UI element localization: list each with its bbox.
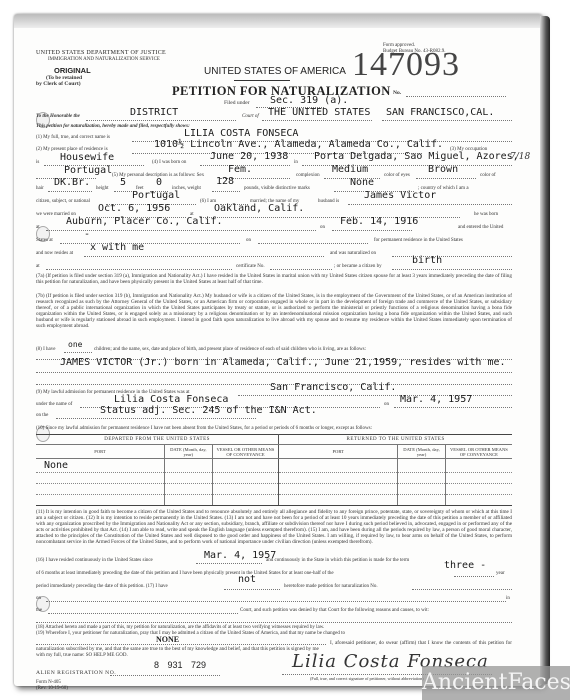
table-row [36, 495, 512, 506]
court-location: SAN FRANCISCO,CAL. [386, 107, 494, 118]
paragraph-18: (18) Attached hereto and made a part of … [36, 625, 324, 630]
children-label: (8) I have [36, 347, 55, 352]
certificate-label: certificate No. [236, 264, 265, 269]
is-label: is [36, 160, 39, 165]
admission-date-value: Mar. 4, 1957 [400, 394, 472, 405]
on-label: on [384, 402, 389, 407]
citizen-label: citizen, subject, or national [36, 199, 90, 204]
hair-label: hair [36, 186, 44, 191]
full-name-value: LILIA COSTA FONSECA [184, 128, 298, 139]
filed-under-section: Sec. 319 (a). [270, 95, 348, 106]
court-denied-label: Court, and such petition was denied by t… [240, 608, 429, 613]
state-term-label: and continuously in the State in which t… [266, 558, 409, 563]
paragraph-19: (19) Wherefore I, your petitioner for na… [36, 631, 345, 636]
returned-header: RETURNED TO THE UNITED STATES [279, 435, 512, 445]
spouse-entered-at-value: - [84, 229, 90, 240]
q1-label: (1) My full, true, and correct name is [36, 135, 110, 140]
spouse-born-label: he was born [474, 212, 498, 217]
child-1-entry: JAMES VICTOR (Jr.) born in Alameda, Cali… [60, 357, 506, 368]
absence-table: DEPARTED FROM THE UNITED STATES RETURNED… [36, 434, 512, 506]
number-label: No. [393, 90, 401, 96]
oath-closing: with my full, true name: SO HELP ME GOD. [36, 653, 128, 658]
eyes-label: color of eyes [384, 173, 410, 178]
height-inches-value: 0 [156, 177, 162, 188]
prior-petition-value: not [238, 574, 256, 585]
naturalization-petition-document: UNITED STATES DEPARTMENT OF JUSTICE IMMI… [14, 14, 542, 686]
ancientfaces-watermark: AncientFaces [422, 666, 570, 700]
in-label: in [294, 160, 298, 165]
weight-value: 128 [216, 176, 234, 187]
court-name: THE UNITED STATES [268, 107, 370, 118]
in-label: in [506, 596, 510, 601]
under-name-label: under the name of [36, 402, 72, 407]
now-resides-label: and now resides at [36, 251, 73, 256]
on-the-label: on the [36, 413, 48, 418]
paragraph-11-15: (11) It is my intention in good faith to… [36, 509, 512, 545]
birth-country-value: Portugal [64, 165, 112, 176]
petition-number-label: heretofore made petition for naturalizat… [284, 584, 378, 589]
admission-vessel-value: Status adj. Sec. 245 of the I&N Act. [100, 405, 317, 416]
column-header: DATE (Month, day, year) [398, 445, 446, 459]
children-suffix-label: children; and the name, sex, date and pl… [94, 347, 366, 352]
states-at-label: States at [36, 238, 53, 243]
complexion-label: complexion [296, 173, 320, 178]
spouse-residence-value: x with me [90, 242, 144, 253]
service-heading: IMMIGRATION AND NATURALIZATION SERVICE [48, 57, 160, 62]
paragraph-7b: (7b) (If petition is filed under section… [36, 293, 512, 329]
height-feet-value: 5 [120, 177, 126, 188]
department-heading: UNITED STATES DEPARTMENT OF JUSTICE [36, 50, 166, 56]
eye-color-value: Brown [428, 164, 458, 175]
color-of-label: color of [480, 173, 496, 178]
birthplace-value: Porta Delgada, Sao Miguel, Azores, [314, 151, 519, 162]
country-title: UNITED STATES OF AMERICA [204, 66, 346, 77]
complexion-value: Medium [332, 164, 368, 175]
scanned-top-edge [14, 14, 542, 28]
intro-text: This petition for naturalization, hereby… [36, 124, 190, 129]
table-cell [165, 459, 213, 473]
nationality-value: Portugal [132, 190, 180, 201]
birth-date-value: June 20, 1938 [210, 151, 288, 162]
petition-number-stamp: 147093 [352, 46, 460, 84]
original-label: ORIGINAL [54, 66, 91, 75]
admission-name-value: Lilia Costa Fonseca [114, 394, 228, 405]
filed-under-label: Filed under [224, 100, 250, 106]
marks-label: pounds, visible distinctive marks [244, 186, 310, 191]
hair-value: DK.Br. [54, 177, 90, 188]
permanent-residence-label: for permanent residence in the United St… [374, 238, 463, 243]
clerk-note: by Clerk of Court) [36, 81, 81, 87]
children-count-value: one [68, 340, 82, 349]
signature-caption: (Full, true, and correct signature of pe… [310, 676, 424, 681]
column-header: VESSEL OR OTHER MEANS OF CONVEYANCE [445, 445, 512, 459]
entered-label: and entered the United [458, 225, 503, 230]
occupation-value: Housewife [60, 152, 114, 163]
alien-registration-number: 8 931 729 [154, 660, 206, 670]
column-header: VESSEL OR OTHER MEANS OF CONVEYANCE [212, 445, 279, 459]
prior-petition-label: period immediately preceding the date of… [36, 584, 168, 589]
departed-header: DEPARTED FROM THE UNITED STATES [36, 435, 279, 445]
table-row: None [36, 459, 512, 473]
absence-label: (10) Since my lawful admission for perma… [36, 426, 372, 431]
on-label: on [36, 596, 41, 601]
spouse-name-value: James Victor [364, 190, 436, 201]
column-header: DATE (Month, day, year) [165, 445, 213, 459]
citizen-by-label: ; or became a citizen by [334, 264, 382, 269]
sex-value: Fem. [228, 164, 252, 175]
handwritten-annotation: 7/18 [510, 152, 530, 162]
naturalized-label: and was naturalized on [330, 251, 376, 256]
height-label: height [96, 186, 109, 191]
q4-label: (4) I was born on [152, 160, 186, 165]
marriage-place-value: Oakland, Calif. [214, 203, 304, 214]
form-revision: (Rev. 10-19-60) [36, 686, 68, 691]
court-type: DISTRICT [130, 107, 178, 118]
table-cell [212, 459, 279, 473]
admission-place-value: San Francisco, Calif. [270, 382, 396, 393]
term-value: three - [444, 560, 486, 571]
alien-registration-label: ALIEN REGISTRATION NO. [36, 670, 116, 676]
physical-presence-label: of 6 months at least immediately precedi… [36, 571, 334, 576]
distinctive-marks-value: None [350, 177, 374, 188]
page-shadow-edge [540, 16, 550, 684]
husband-label: husband is [318, 199, 339, 204]
citizen-by-value: birth [412, 255, 442, 266]
paragraph-7a: (7a) (If petition is filed under section… [36, 273, 512, 285]
residence-value: 1010½ Lincoln Ave., Alameda, Alameda Co.… [154, 139, 443, 150]
form-number: Form N-405 [36, 680, 61, 685]
table-cell [445, 459, 512, 473]
the-label: the [36, 608, 42, 613]
spouse-birth-date-value: Feb. 14, 1916 [340, 216, 418, 227]
resided-since-label: (16) I have resided continuously in the … [36, 558, 153, 563]
table-row [36, 473, 512, 484]
column-header: PORT [36, 445, 165, 459]
at-label: at [36, 225, 40, 230]
at-label: at [36, 264, 40, 269]
table-cell [279, 459, 398, 473]
year-label: year [496, 571, 505, 576]
on-label: on [246, 238, 251, 243]
court-of-label: Court of [242, 114, 259, 119]
honorable-label: To the Honorable the [36, 114, 80, 119]
table-row [36, 484, 512, 495]
on-label: on [320, 225, 325, 230]
table-cell [398, 459, 446, 473]
column-header: PORT [279, 445, 398, 459]
table-cell: None [36, 459, 165, 473]
spouse-birthplace-value: Auburn, Placer Co., Calif. [66, 216, 223, 227]
marriage-date-value: Oct. 6, 1956 [98, 203, 170, 214]
